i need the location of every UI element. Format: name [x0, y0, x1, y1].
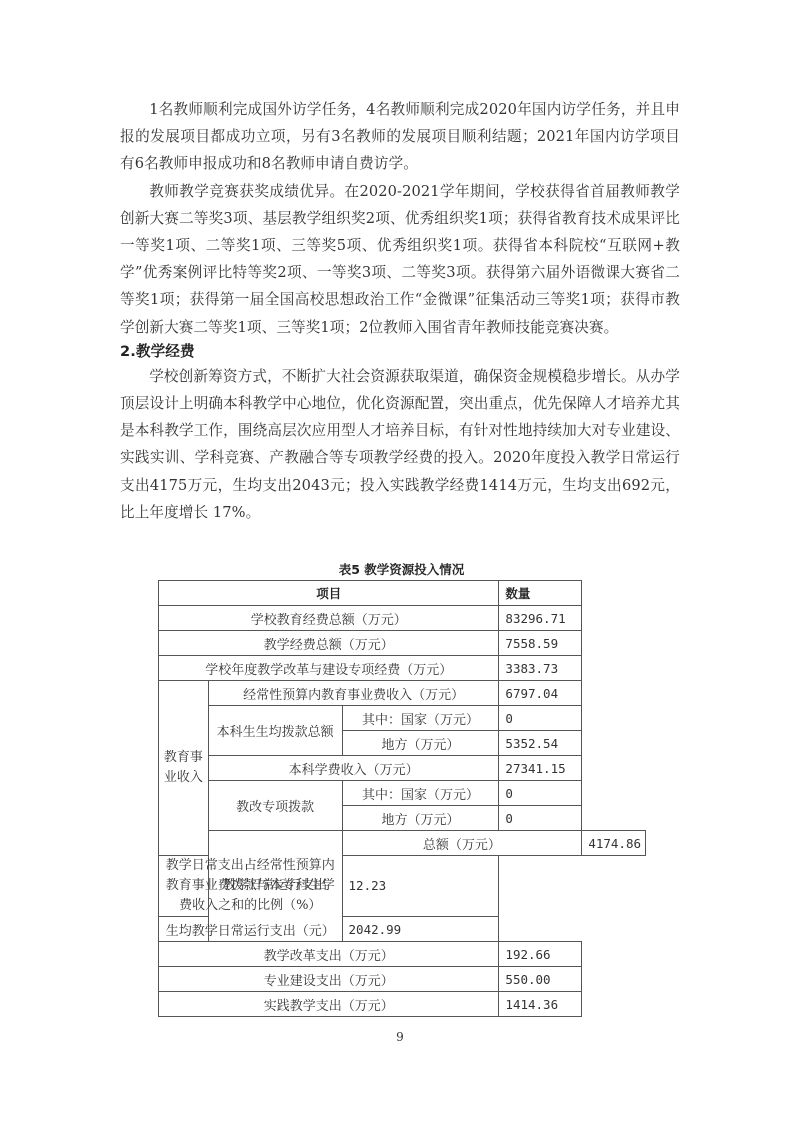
row-label: 实践教学支出（万元） [159, 992, 499, 1017]
table-row: 本科学费收入（万元） 27341.15 [159, 756, 646, 781]
table-row: 教学经费总额（万元） 7558.59 [159, 631, 646, 656]
row-label: 地方（万元） [342, 731, 499, 756]
row-value: 4174.86 [582, 831, 646, 856]
row-value: 27341.15 [499, 756, 582, 781]
table-row: 生均教学日常运行支出（元） 2042.99 [159, 917, 646, 942]
table-row: 教改专项拨款 其中：国家（万元） 0 [159, 781, 646, 806]
row-label: 其中：国家（万元） [342, 781, 499, 806]
row-value: 3383.73 [499, 656, 582, 681]
row-label: 本科学费收入（万元） [208, 756, 499, 781]
table-caption: 表5 教学资源投入情况 [158, 560, 645, 578]
row-value: 0 [499, 706, 582, 731]
table-row: 本科生生均拨款总额 其中：国家（万元） 0 [159, 706, 646, 731]
row-value: 0 [499, 806, 582, 831]
table-row: 学校教育经费总额（万元） 83296.71 [159, 606, 646, 631]
row-label: 专业建设支出（万元） [159, 967, 499, 992]
body-text: 1名教师顺利完成国外访学任务，4名教师顺利完成2020年国内访学任务，并且申报的… [120, 96, 680, 526]
header-amount: 数量 [499, 581, 582, 606]
row-label: 教学日常支出占经常性预算内教育事业费拨款与本专科生学费收入之和的比例（%） [159, 856, 343, 917]
row-value: 5352.54 [499, 731, 582, 756]
row-label: 教学经费总额（万元） [159, 631, 499, 656]
table-row: 实践教学支出（万元） 1414.36 [159, 992, 646, 1017]
table-row: 教育事业收入 经常性预算内教育事业费收入（万元） 6797.04 [159, 681, 646, 706]
row-value: 6797.04 [499, 681, 582, 706]
row-label: 学校教育经费总额（万元） [159, 606, 499, 631]
row-value: 7558.59 [499, 631, 582, 656]
row-label: 其中：国家（万元） [342, 706, 499, 731]
row-label: 总额（万元） [342, 831, 582, 856]
row-value: 2042.99 [342, 917, 499, 942]
table-row: 教学日常运行支出 总额（万元） 4174.86 [159, 831, 646, 856]
paragraph-teaching-funds: 学校创新筹资方式，不断扩大社会资源获取渠道，确保资金规模稳步增长。从办学顶层设计… [120, 363, 680, 526]
table-row: 学校年度教学改革与建设专项经费（万元） 3383.73 [159, 656, 646, 681]
page-number: 9 [0, 1030, 800, 1044]
row-value: 83296.71 [499, 606, 582, 631]
paragraph-visiting-scholars: 1名教师顺利完成国外访学任务，4名教师顺利完成2020年国内访学任务，并且申报的… [120, 96, 680, 178]
subgroup-label: 教改专项拨款 [208, 781, 342, 831]
row-value: 550.00 [499, 967, 582, 992]
row-value: 0 [499, 781, 582, 806]
subgroup-label: 本科生生均拨款总额 [208, 706, 342, 756]
section-heading: 2.教学经费 [120, 341, 680, 363]
table-row: 专业建设支出（万元） 550.00 [159, 967, 646, 992]
document-page: 1名教师顺利完成国外访学任务，4名教师顺利完成2020年国内访学任务，并且申报的… [0, 0, 800, 1139]
row-value: 1414.36 [499, 992, 582, 1017]
table-header-row: 项目 数量 [159, 581, 646, 606]
row-label: 学校年度教学改革与建设专项经费（万元） [159, 656, 499, 681]
row-label: 地方（万元） [342, 806, 499, 831]
row-label: 经常性预算内教育事业费收入（万元） [208, 681, 499, 706]
row-value: 192.66 [499, 942, 582, 967]
header-item: 项目 [159, 581, 499, 606]
row-value: 12.23 [342, 856, 499, 917]
table-row: 教学改革支出（万元） 192.66 [159, 942, 646, 967]
teaching-resources-table: 项目 数量 学校教育经费总额（万元） 83296.71 教学经费总额（万元） 7… [158, 580, 646, 1017]
row-label: 生均教学日常运行支出（元） [159, 917, 343, 942]
row-label: 教学改革支出（万元） [159, 942, 499, 967]
paragraph-teaching-awards: 教师教学竞赛获奖成绩优异。在2020-2021学年期间，学校获得省首届教师教学创… [120, 178, 680, 341]
table-row: 教学日常支出占经常性预算内教育事业费拨款与本专科生学费收入之和的比例（%） 12… [159, 856, 646, 917]
group-label-edu-income: 教育事业收入 [159, 681, 209, 856]
